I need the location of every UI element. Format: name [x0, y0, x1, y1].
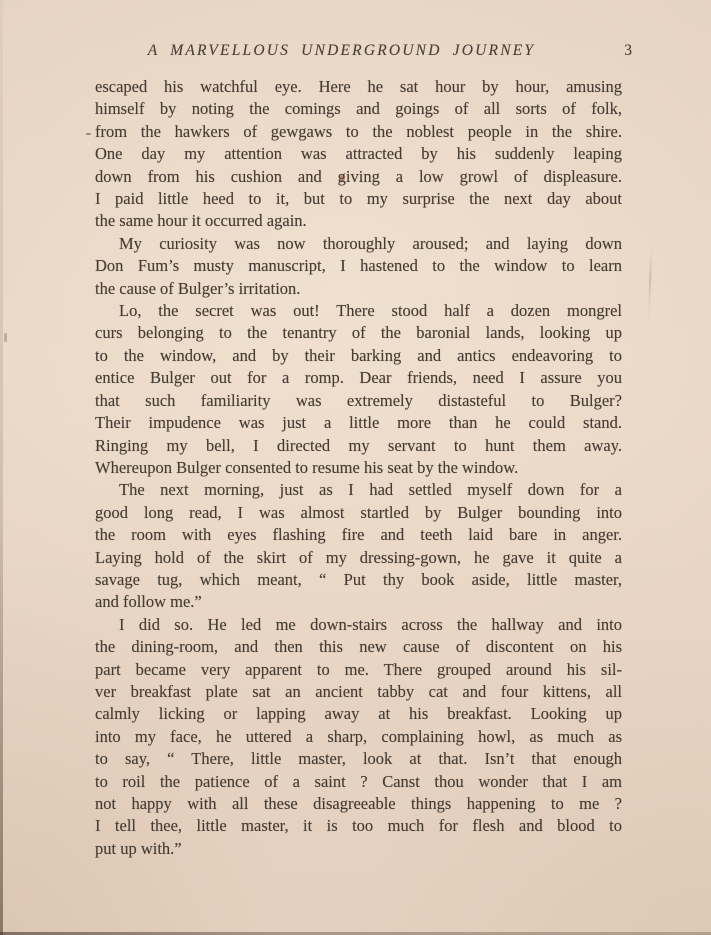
text-line: Laying hold of the skirt of my dressing-…: [95, 547, 622, 569]
text-line: Whereupon Bulger consented to resume his…: [95, 457, 622, 479]
text-line: Don Fum’s musty manuscript, I hastened t…: [95, 255, 622, 277]
text-line: part became very apparent to me. There g…: [95, 659, 622, 681]
text-line: ver breakfast plate sat an ancient tabby…: [95, 681, 622, 703]
book-page: A MARVELLOUS UNDERGROUND JOURNEY 3 escap…: [0, 0, 711, 935]
text-line: himself by noting the comings and goings…: [95, 98, 622, 120]
text-line: down from his cushion and giving a low g…: [95, 166, 622, 188]
scan-edge-left: [0, 0, 3, 935]
scan-artifact-left-tick: [4, 333, 7, 342]
paragraph: I did so. He led me down-stairs across t…: [95, 614, 622, 860]
text-line: calmly licking or lapping away at his br…: [95, 703, 622, 725]
text-line: the room with eyes flashing fire and tee…: [95, 524, 622, 546]
text-line: the dining-room, and then this new cause…: [95, 636, 622, 658]
paragraph: The next morning, just as I had settled …: [95, 479, 622, 613]
page-number: 3: [624, 42, 632, 60]
paragraph: escaped his watchful eye. Here he sat ho…: [95, 76, 622, 233]
text-line: I tell thee, little master, it is too mu…: [95, 815, 622, 837]
scan-artifact-scratch: [648, 250, 652, 320]
text-line: I did so. He led me down-stairs across t…: [95, 614, 622, 636]
text-line: into my face, he uttered a sharp, compla…: [95, 726, 622, 748]
text-line: Ringing my bell, I directed my servant t…: [95, 435, 622, 457]
text-line: that such familiarity was extremely dist…: [95, 390, 622, 412]
text-line: Their impudence was just a little more t…: [95, 412, 622, 434]
text-line: curs belonging to the tenantry of the ba…: [95, 322, 622, 344]
text-line: I paid little heed to it, but to my surp…: [95, 188, 622, 210]
text-line: the same hour it occurred again.: [95, 210, 622, 232]
text-line: entice Bulger out for a romp. Dear frien…: [95, 367, 622, 389]
text-line: good long read, I was almost startled by…: [95, 502, 622, 524]
text-line: to roil the patience of a saint ? Canst …: [95, 771, 622, 793]
running-title: A MARVELLOUS UNDERGROUND JOURNEY: [95, 42, 588, 60]
text-line: and follow me.”: [95, 591, 622, 613]
text-line: to the window, and by their barking and …: [95, 345, 622, 367]
text-line: One day my attention was attracted by hi…: [95, 143, 622, 165]
text-line: from the hawkers of gewgaws to the noble…: [95, 121, 622, 143]
text-line: My curiosity was now thoroughly aroused;…: [95, 233, 622, 255]
text-line: to say, “ There, little master, look at …: [95, 748, 622, 770]
paragraph: My curiosity was now thoroughly aroused;…: [95, 233, 622, 300]
scan-artifact-margin-dash: [86, 133, 91, 135]
text-line: the cause of Bulger’s irritation.: [95, 278, 622, 300]
text-line: Lo, the secret was out! There stood half…: [95, 300, 622, 322]
running-header: A MARVELLOUS UNDERGROUND JOURNEY 3: [95, 42, 638, 66]
text-line: escaped his watchful eye. Here he sat ho…: [95, 76, 622, 98]
text-line: put up with.”: [95, 838, 622, 860]
text-line: not happy with all these disagreeable th…: [95, 793, 622, 815]
paragraph: Lo, the secret was out! There stood half…: [95, 300, 622, 479]
text-line: The next morning, just as I had settled …: [95, 479, 622, 501]
text-line: savage tug, which meant, “ Put thy book …: [95, 569, 622, 591]
text-block: escaped his watchful eye. Here he sat ho…: [95, 76, 622, 860]
